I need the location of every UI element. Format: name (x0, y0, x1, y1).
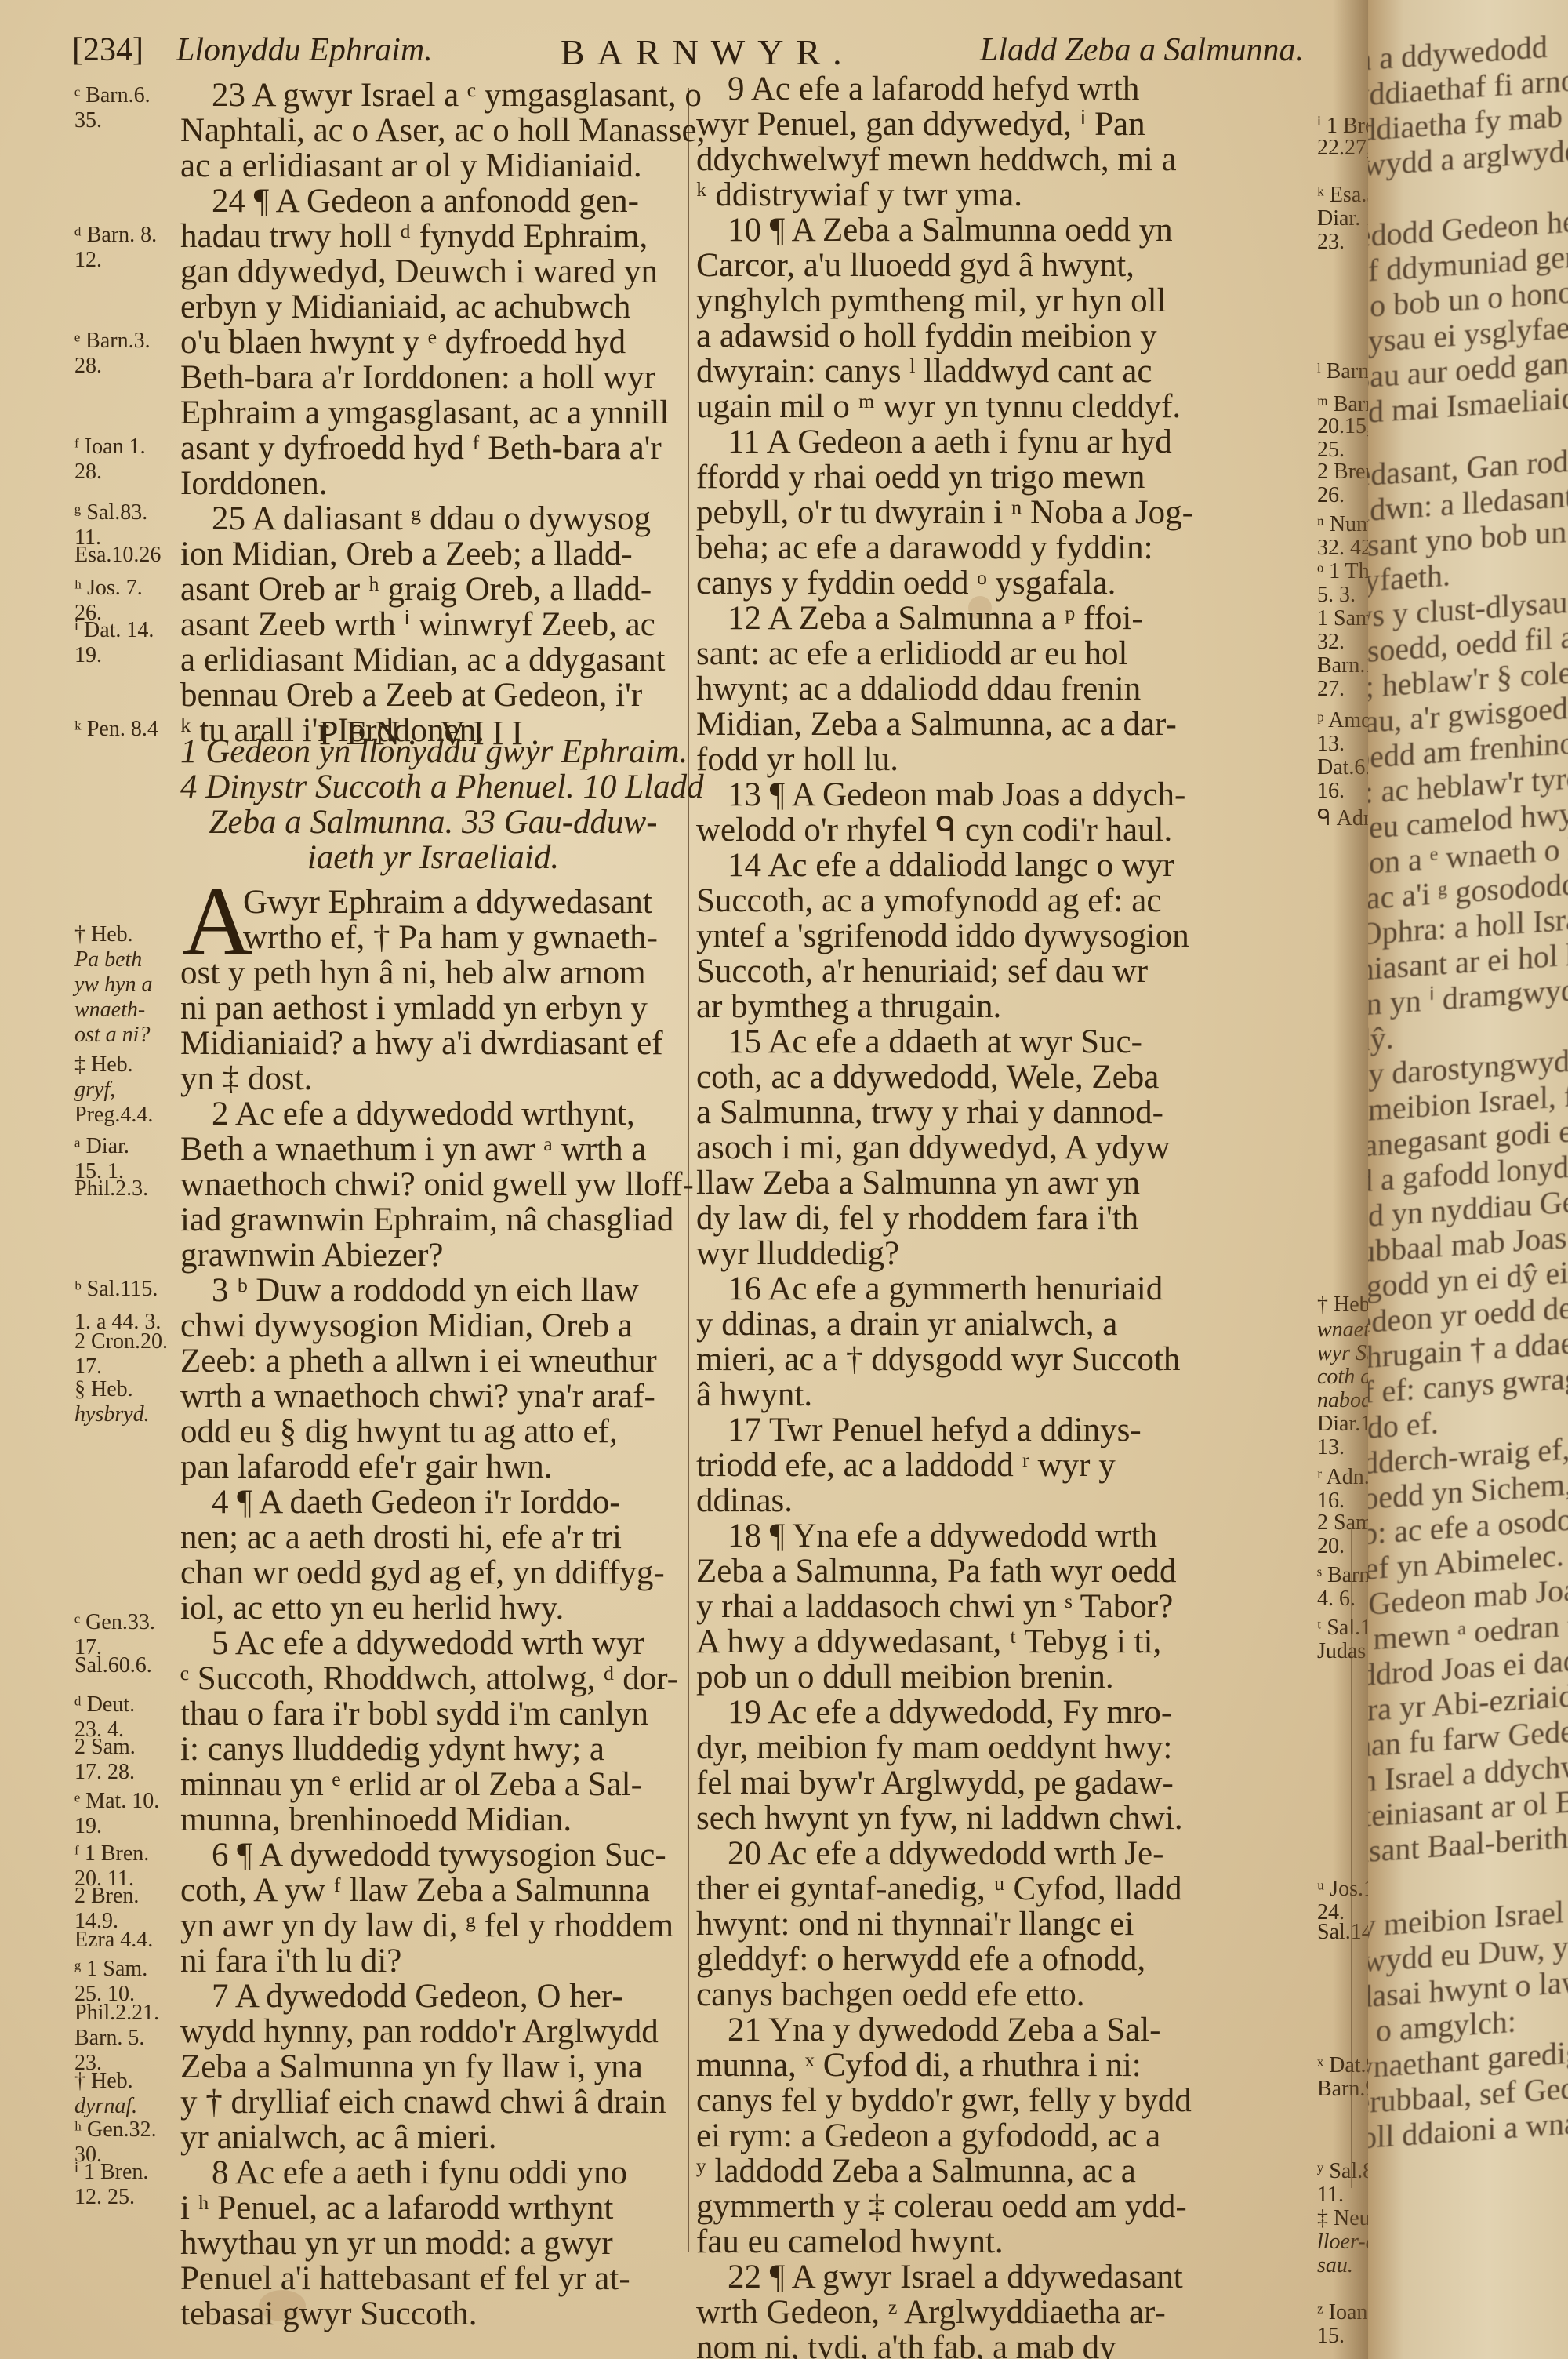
verse-line: ʸ laddodd Zeba a Salmunna, ac a (696, 2154, 1312, 2188)
facing-page: Gedeon a ddywedoddArglwyddiaethaf fi arn… (1368, 0, 1568, 2359)
verse-line: 12 A Zeba a Salmunna a ᵖ ffoi- (696, 602, 1343, 635)
margin-reference: Phil.2.21. (74, 2002, 159, 2024)
verse-line: 15 Ac efe a ddaeth at wyr Suc- (696, 1025, 1343, 1059)
verse-line: pan lafarodd efe'r gair hwn. (180, 1450, 686, 1484)
page-number: [234] (72, 31, 143, 69)
verse-line: yn awr yn dy law di, ᵍ fel y rhoddem (180, 1909, 686, 1943)
verse-line: 13 ¶ A Gedeon mab Joas a ddych- (696, 778, 1343, 812)
verse-line: fau eu camelod hwynt. (696, 2225, 1312, 2259)
verse-line: ᵏ tu arall i'r Iorddonen. (180, 714, 686, 747)
verse-line: a adawsid o holl fyddin meibion y (696, 319, 1312, 353)
margin-reference: † Heb. (74, 2070, 133, 2092)
margin-reference: yw hyn a (74, 974, 153, 996)
book-page: [234] Llonyddu Ephraim. BARNWYR. Lladd Z… (0, 0, 1368, 2359)
margin-reference: ⁱ Dat. 14. (74, 620, 154, 642)
verse-line: hwythau yn yr un modd: a gwyr (180, 2226, 686, 2260)
margin-reference: 28. (74, 461, 102, 483)
verse-line: Midianiaid? a hwy a'i dwrdiasant ef (180, 1027, 686, 1060)
margin-reference: Sal.60.6. (74, 1655, 152, 1677)
verse-line: y ddinas, a drain yr anialwch, a (696, 1307, 1312, 1341)
margin-reference: 28. (74, 355, 102, 377)
verse-line: 11 A Gedeon a aeth i fynu ar hyd (696, 425, 1343, 459)
verse-line: munna, ˣ Cyfod di, a rhuthra i ni: (696, 2048, 1312, 2082)
verse-line: sant: ac efe a erlidiodd ar eu hol (696, 637, 1312, 671)
margin-reference: ᵃ Diar. (74, 1136, 129, 1158)
verse-line: dy law di, fel y rhoddem fara i'th (696, 1201, 1312, 1235)
margin-reference: ost a ni? (74, 1024, 150, 1046)
margin-reference: 35. (74, 110, 102, 132)
margin-reference: ᵈ Deut. (74, 1694, 135, 1716)
verse-line: Beth-bara a'r Iorddonen: a holl wyr (180, 361, 686, 394)
verse-line: yntef a 'sgrifenodd iddo dywysogion (696, 919, 1312, 953)
verse-line: 17 Twr Penuel hefyd a ddinys- (696, 1413, 1343, 1447)
verse-line: odd eu § dig hwynt tu ag atto ef, (180, 1415, 686, 1448)
verse-line: Gwyr Ephraim a ddywedasant (180, 885, 749, 919)
verse-line: Naphtali, ac o Aser, ac o holl Manasse, (180, 114, 686, 147)
verse-line: hwynt; ac a ddaliodd ddau frenin (696, 672, 1312, 706)
margin-reference: ᵈ Barn. 8. (74, 224, 157, 246)
verse-line: asant y dyfroedd hyd ᶠ Beth-bara a'r (180, 431, 686, 465)
verse-line: canys fel y byddo'r gwr, felly y bydd (696, 2084, 1312, 2117)
verse-line: llaw Zeba a Salmunna yn awr yn (696, 1166, 1312, 1200)
verse-line: â hwynt. (696, 1378, 1312, 1412)
verse-line: Zeba a Salmunna, Pa fath wyr oedd (696, 1554, 1312, 1588)
verse-line: y † drylliaf eich cnawd chwi â drain (180, 2085, 686, 2119)
verse-line: coth, ac a ddywedodd, Wele, Zeba (696, 1060, 1312, 1094)
verse-line: yn ‡ dost. (180, 1062, 686, 1096)
verse-line: ynghylch pymtheng mil, yr hyn oll (696, 284, 1312, 318)
margin-reference: § Heb. (74, 1379, 133, 1401)
verse-line: iol, ac etto yn eu herlid hwy. (180, 1591, 686, 1625)
verse-line: Iorddonen. (180, 467, 686, 500)
verse-line: 4 ¶ A daeth Gedeon i'r Iorddo- (180, 1485, 717, 1519)
verse-line: dwyrain: canys ˡ lladdwyd cant ac (696, 354, 1312, 388)
margin-reference: Barn. 5. (74, 2027, 144, 2049)
verse-line: 6 ¶ A dywedodd tywysogion Suc- (180, 1838, 717, 1872)
verse-line: ost y peth hyn â ni, heb alw arnom (180, 956, 686, 990)
margin-reference: 12. (74, 249, 102, 271)
verse-line: pebyll, o'r tu dwyrain i ⁿ Noba a Jog- (696, 496, 1312, 529)
verse-line: a Salmunna, trwy y rhai y dannod- (696, 1096, 1312, 1129)
verse-line: Succoth, ac a ymofynodd ag ef: ac (696, 884, 1312, 918)
margin-reference: 12. 25. (74, 2186, 135, 2208)
verse-line: wrtho ef, † Pa ham y gwnaeth- (180, 921, 749, 954)
verse-line: chan wr oedd gyd ag ef, yn ddiffyg- (180, 1556, 686, 1590)
margin-reference: Pa beth (74, 949, 142, 971)
verse-line: ᵏ ddistrywiaf y twr yma. (696, 178, 1312, 212)
margin-reference: ᶠ Ioan 1. (74, 436, 146, 458)
margin-reference: wnaeth- (74, 999, 145, 1021)
verse-line: o'u blaen hwynt y ᵉ dyfroedd hyd (180, 325, 686, 359)
margin-reference: 17. 28. (74, 1761, 135, 1783)
verse-line: canys bachgen oedd efe etto. (696, 1978, 1312, 2012)
verse-line: 3 ᵇ Duw a roddodd yn eich llaw (180, 1274, 717, 1307)
verse-line: erbyn y Midianiaid, ac achubwch (180, 290, 686, 324)
verse-line: 9 Ac efe a lafarodd hefyd wrth (696, 72, 1343, 106)
margin-reference: ʰ Gen.32. (74, 2119, 157, 2141)
verse-line: 2 Ac efe a ddywedodd wrthynt, (180, 1097, 717, 1131)
margin-reference: ᵉ Mat. 10. (74, 1790, 159, 1812)
margin-reference: 2 Cron.20. (74, 1331, 168, 1353)
margin-reference: gryf, (74, 1079, 115, 1101)
verse-line: ffordd y rhai oedd yn trigo mewn (696, 460, 1312, 494)
verse-line: wrth Gedeon, ᶻ Arglwyddiaetha ar- (696, 2295, 1312, 2329)
verse-line: Penuel a'i hattebasant ef fel yr at- (180, 2262, 686, 2295)
verse-line: 24 ¶ A Gedeon a anfonodd gen- (180, 184, 717, 218)
verse-line: ddychwelwyf mewn heddwch, mi a (696, 143, 1312, 176)
verse-line: hwynt: ond ni thynnai'r llangc ei (696, 1907, 1312, 1941)
margin-reference: ᵍ Sal.83. (74, 502, 147, 524)
verse-line: ugain mil o ᵐ wyr yn tynnu cleddyf. (696, 390, 1312, 423)
left-running-title: Llonyddu Ephraim. (176, 31, 433, 69)
verse-line: Midian, Zeba a Salmunna, ac a dar- (696, 707, 1312, 741)
verse-line: minnau yn ᵉ erlid ar ol Zeba a Sal- (180, 1768, 686, 1801)
verse-line: y rhai a laddasoch chwi yn ˢ Tabor? (696, 1590, 1312, 1623)
verse-line: coth, A yw ᶠ llaw Zeba a Salmunna (180, 1874, 686, 1907)
verse-line: 20 Ac efe a ddywedodd wrth Je- (696, 1837, 1343, 1870)
verse-line: 19 Ac efe a ddywedodd, Fy mro- (696, 1696, 1343, 1729)
verse-line: beha; ac efe a darawodd y fyddin: (696, 531, 1312, 565)
verse-line: fodd yr holl lu. (696, 743, 1312, 776)
verse-line: tebasai gwyr Succoth. (180, 2297, 686, 2331)
verse-line: Zeba a Salmunna yn fy llaw i, yna (180, 2050, 686, 2084)
verse-line: nom ni, tydi, a'th fab, a mab dy (696, 2331, 1312, 2359)
verse-line: asant Oreb ar ʰ graig Oreb, a lladd- (180, 572, 686, 606)
verse-line: Carcor, a'u lluoedd gyd â hwynt, (696, 249, 1312, 282)
verse-line: wyr lluddedig? (696, 1237, 1312, 1270)
verse-line: 25 A daliasant ᵍ ddau o dywysog (180, 502, 717, 536)
verse-line: ni pan aethost i ymladd yn erbyn y (180, 991, 686, 1025)
verse-line: sech hwynt yn fyw, ni laddwn chwi. (696, 1801, 1312, 1835)
verse-line: mieri, ac a † ddysgodd wyr Succoth (696, 1343, 1312, 1376)
margin-reference: 17. (74, 1356, 102, 1378)
verse-line: Ephraim a ymgasglasant, ac a ynnill (180, 396, 686, 430)
verse-line: ac a erlidiasant ar ol y Midianiaid. (180, 149, 686, 183)
margin-reference: dyrnaf. (74, 2095, 137, 2117)
verse-line: thau o fara i'r bobl sydd i'm canlyn (180, 1697, 686, 1731)
verse-line: 14 Ac efe a ddaliodd langc o wyr (696, 849, 1343, 882)
margin-reference: Preg.4.4. (74, 1104, 153, 1126)
verse-line: a erlidiasant Midian, ac a ddygasant (180, 643, 686, 677)
verse-line: gymmerth y ‡ colerau oedd am ydd- (696, 2190, 1312, 2223)
verse-line: Succoth, a'r henuriaid; sef dau wr (696, 954, 1312, 988)
margin-reference: Esa.10.26 (74, 544, 161, 566)
verse-line: munna, brenhinoedd Midian. (180, 1803, 686, 1837)
verse-line: dyr, meibion fy mam oeddynt hwy: (696, 1731, 1312, 1765)
verse-line: bennau Oreb a Zeeb at Gedeon, i'r (180, 678, 686, 712)
verse-line: gleddyf: o herwydd efe a ofnodd, (696, 1943, 1312, 1976)
verse-line: i: canys lluddedig ydynt hwy; a (180, 1732, 686, 1766)
verse-line: 16 Ac efe a gymmerth henuriaid (696, 1272, 1343, 1306)
verse-line: wydd hynny, pan roddo'r Arglwydd (180, 2015, 686, 2048)
margin-reference: ⁱ 1 Bren. (74, 2161, 148, 2183)
verse-line: 7 A dywedodd Gedeon, O her- (180, 1979, 717, 2013)
margin-reference: hysbryd. (74, 1404, 150, 1426)
verse-line: i ʰ Penuel, ac a lafarodd wrthynt (180, 2191, 686, 2225)
verse-line: ei rym: a Gedeon a gyfododd, ac a (696, 2119, 1312, 2153)
margin-reference: 19. (74, 1816, 102, 1837)
verse-line: ther ei gyntaf-anedig, ᵘ Cyfod, lladd (696, 1872, 1312, 1906)
verse-line: ᶜ Succoth, Rhoddwch, attolwg, ᵈ dor- (180, 1662, 686, 1696)
verse-line: asoch i mi, gan ddywedyd, A ydyw (696, 1131, 1312, 1165)
verse-line: pob un o ddull meibion brenin. (696, 1660, 1312, 1694)
verse-line: A hwy a ddywedasant, ᵗ Tebyg i ti, (696, 1625, 1312, 1659)
margin-reference: Ezra 4.4. (74, 1929, 153, 1951)
verse-line: 23 A gwyr Israel a ᶜ ymgasglasant, o (180, 78, 717, 112)
verse-line: 18 ¶ Yna efe a ddywedodd wrth (696, 1519, 1343, 1553)
margin-reference: ᶜ Barn.6. (74, 85, 151, 107)
right-running-title: Lladd Zeba a Salmunna. (980, 31, 1304, 69)
margin-reference: ᵇ Sal.115. (74, 1278, 158, 1300)
chapter-summary-line: iaeth yr Israeliaid. (180, 841, 686, 874)
book-title: BARNWYR. (561, 31, 855, 73)
verse-line: ion Midian, Oreb a Zeeb; a lladd- (180, 537, 686, 571)
verse-line: iad grawnwin Ephraim, nâ chasgliad (180, 1203, 686, 1237)
verse-line: Zeeb: a pheth a allwn i ei wneuthur (180, 1344, 686, 1378)
verse-line: ar bymtheg a thrugain. (696, 990, 1312, 1023)
verse-line: hadau trwy holl ᵈ fynydd Ephraim, (180, 220, 686, 253)
verse-line: triodd efe, ac a laddodd ʳ wyr y (696, 1448, 1312, 1482)
verse-line: ni fara i'th lu di? (180, 1944, 686, 1978)
verse-line: 8 Ac efe a aeth i fynu oddi yno (180, 2156, 717, 2190)
verse-line: gan ddywedyd, Deuwch i wared yn (180, 255, 686, 289)
margin-reference: Phil.2.3. (74, 1178, 148, 1200)
margin-reference: ʰ Jos. 7. (74, 577, 143, 599)
verse-line: ddinas. (696, 1484, 1312, 1518)
margin-reference: † Heb. (74, 924, 133, 946)
verse-line: wrth a wnaethoch chwi? yna'r araf- (180, 1379, 686, 1413)
margin-reference: ᵉ Barn.3. (74, 330, 151, 352)
verse-line: asant Zeeb wrth ⁱ winwryf Zeeb, ac (180, 608, 686, 642)
margin-reference: 19. (74, 645, 102, 667)
verse-line: grawnwin Abiezer? (180, 1238, 686, 1272)
verse-line: Beth a wnaethum i yn awr ᵃ wrth a (180, 1132, 686, 1166)
verse-line: fel mai byw'r Arglwydd, pe gadaw- (696, 1766, 1312, 1800)
margin-reference: 2 Bren. (74, 1885, 139, 1907)
verse-line: canys y fyddin oedd ᵒ ysgafala. (696, 566, 1312, 600)
verse-line: 22 ¶ A gwyr Israel a ddywedasant (696, 2260, 1343, 2294)
verse-line: 21 Yna y dywedodd Zeba a Sal- (696, 2013, 1343, 2047)
verse-line: wnaethoch chwi? onid gwell yw lloff- (180, 1168, 686, 1201)
margin-reference: ‡ Heb. (74, 1054, 133, 1076)
chapter-summary-line: 4 Dinystr Succoth a Phenuel. 10 Lladd (180, 770, 686, 804)
verse-line: chwi dywysogion Midian, Oreb a (180, 1309, 686, 1343)
margin-reference: ᶠ 1 Bren. (74, 1843, 149, 1865)
verse-line: yr anialwch, ac â mieri. (180, 2121, 686, 2154)
chapter-summary-line: Zeba a Salmunna. 33 Gau-dduw- (180, 805, 686, 839)
verse-line: 10 ¶ A Zeba a Salmunna oedd yn (696, 213, 1343, 247)
verse-line: wyr Penuel, gan ddywedyd, ⁱ Pan (696, 107, 1312, 141)
verse-line: 5 Ac efe a ddywedodd wrth wyr (180, 1627, 717, 1660)
margin-reference: 2 Sam. (74, 1736, 136, 1758)
margin-reference: ᵏ Pen. 8.4 (74, 718, 158, 740)
margin-reference: ᵍ 1 Sam. (74, 1958, 147, 1980)
verse-line: nen; ac a aeth drosti hi, efe a'r tri (180, 1521, 686, 1554)
margin-reference: ᶜ Gen.33. (74, 1612, 155, 1634)
verse-line: welodd o'r rhyfel ᑫ cyn codi'r haul. (696, 813, 1312, 847)
